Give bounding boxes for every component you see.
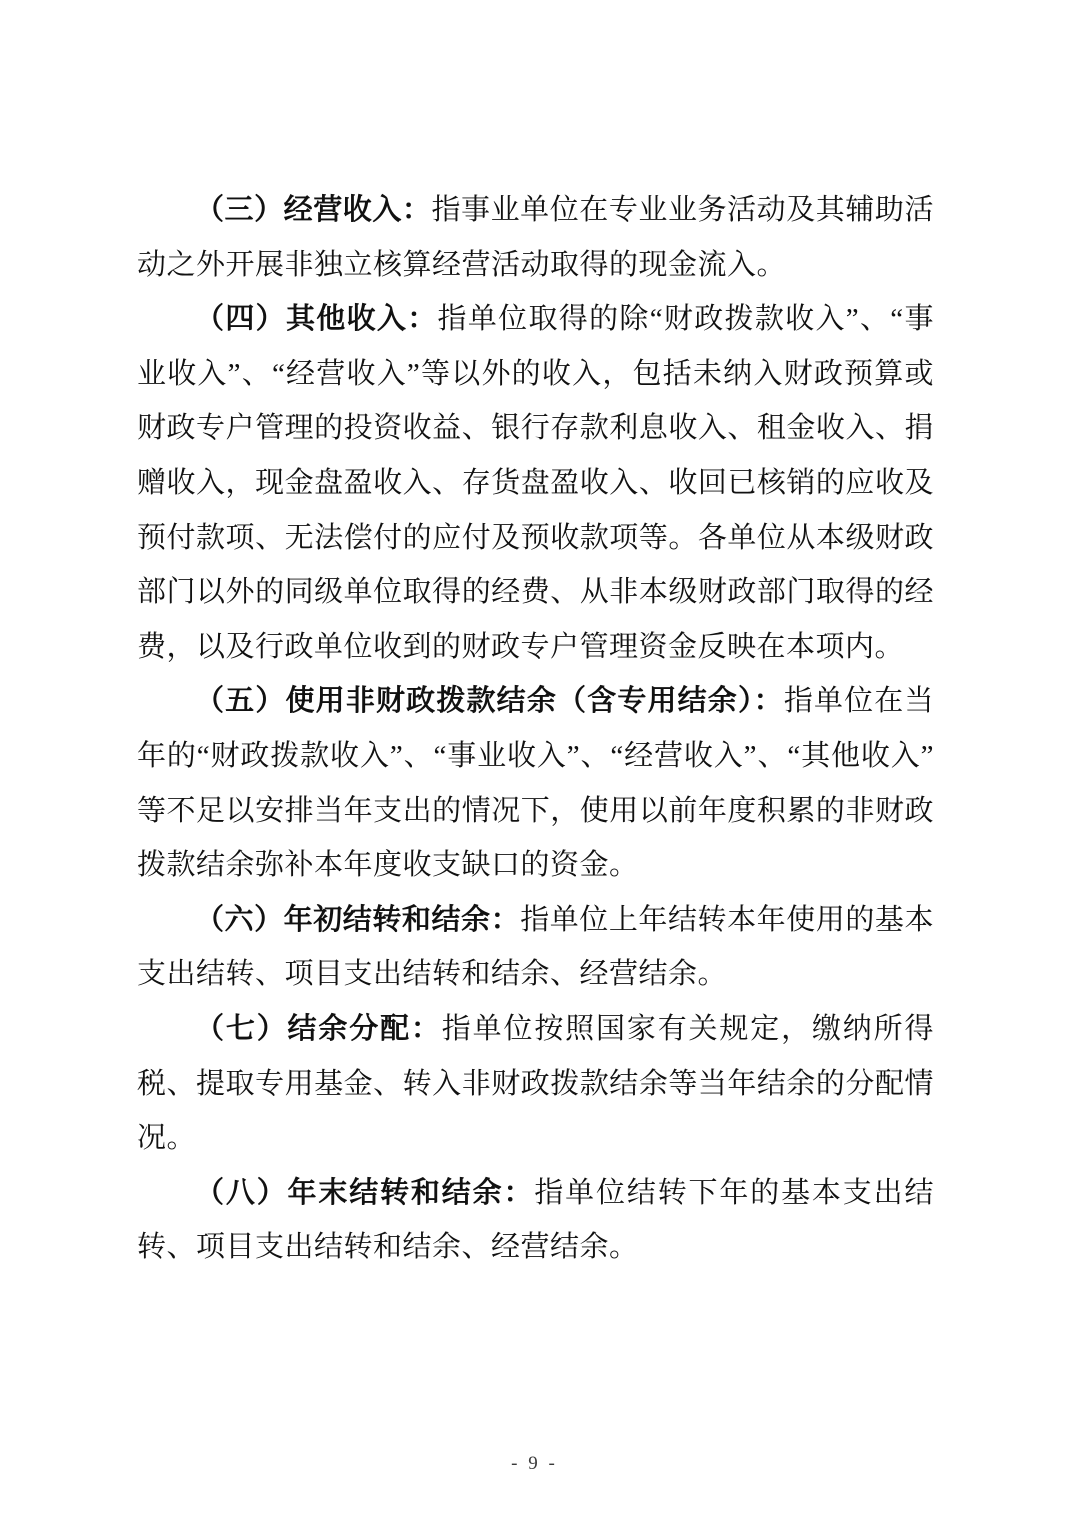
paragraph: （八）年末结转和结余：指单位结转下年的基本支出结转、项目支出结转和结余、经营结余…: [137, 1166, 934, 1275]
paragraph: （七）结余分配：指单位按照国家有关规定，缴纳所得税、提取专用基金、转入非财政拨款…: [137, 1002, 934, 1166]
paragraph-lead: （六）年初结转和结余：: [195, 904, 520, 936]
paragraph-lead: （四）其他收入：: [195, 303, 438, 335]
paragraph: （四）其他收入：指单位取得的除“财政拨款收入”、“事业收入”、“经营收入”等以外…: [137, 292, 934, 674]
paragraph-body: 指单位取得的除“财政拨款收入”、“事业收入”、“经营收入”等以外的收入，包括未纳…: [137, 303, 934, 663]
paragraph: （三）经营收入：指事业单位在专业业务活动及其辅助活动之外开展非独立核算经营活动取…: [137, 183, 934, 292]
page-footer: - 9 -: [0, 1453, 1069, 1475]
paragraph: （五）使用非财政拨款结余（含专用结余）：指单位在当年的“财政拨款收入”、“事业收…: [137, 674, 934, 892]
paragraph-lead: （七）结余分配：: [195, 1013, 442, 1045]
document-page: （三）经营收入：指事业单位在专业业务活动及其辅助活动之外开展非独立核算经营活动取…: [0, 0, 1069, 1515]
page-number: - 9 -: [511, 1453, 558, 1475]
paragraph: （六）年初结转和结余：指单位上年结转本年使用的基本支出结转、项目支出结转和结余、…: [137, 893, 934, 1002]
paragraph-lead: （五）使用非财政拨款结余（含专用结余）：: [195, 685, 784, 717]
document-body: （三）经营收入：指事业单位在专业业务活动及其辅助活动之外开展非独立核算经营活动取…: [137, 183, 934, 1275]
paragraph-lead: （八）年末结转和结余：: [195, 1177, 534, 1209]
paragraph-lead: （三）经营收入：: [195, 194, 432, 226]
